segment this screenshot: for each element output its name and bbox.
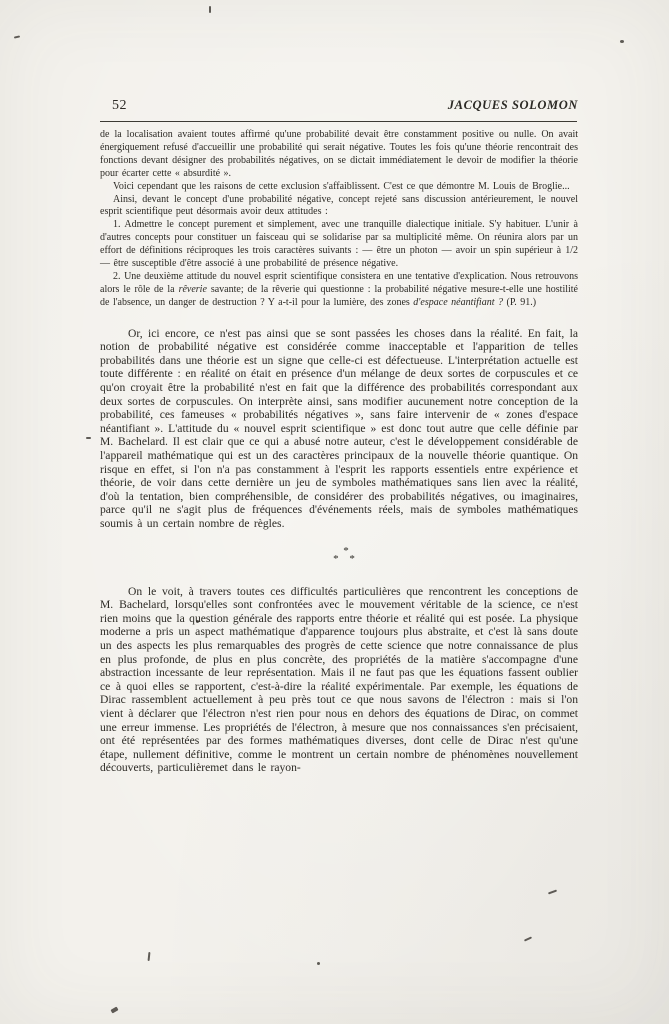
quote-paragraph: Ainsi, devant le concept d'une probabili… [100,194,578,220]
header-rule [100,121,577,122]
scan-speck [86,437,91,439]
page-number: 52 [100,98,127,114]
asterism-bottom: * * [114,555,578,563]
scan-speck [209,6,211,13]
quote-paragraph: 2. Une deuxième attitude du nouvel espri… [100,271,578,310]
book-page: 52 JACQUES SOLOMON de la localisation av… [0,0,669,1024]
body-paragraph: Or, ici encore, ce n'est pas ainsi que s… [100,327,578,531]
quote-text-run: (P. 91.) [503,297,536,308]
scan-speck [317,962,320,965]
scan-speck [620,40,624,43]
page-header: 52 JACQUES SOLOMON [100,98,578,114]
scanned-book-page-bg: { "page": { "number": "52", "running_hea… [0,0,669,1024]
body-paragraph: On le voit, à travers toutes ces difficu… [100,585,578,775]
scan-speck [548,890,557,895]
italic-term: rêverie [179,284,207,295]
scan-speck [110,1007,118,1014]
asterism-separator: * * * [114,547,578,563]
text-block: de la localisation avaient toutes affirm… [100,129,578,775]
quote-paragraph: Voici cependant que les raisons de cette… [100,181,578,194]
quote-paragraph: 1. Admettre le concept purement et simpl… [100,219,578,271]
scan-speck [524,936,532,941]
italic-term: d'espace néantifiant ? [413,297,503,308]
quote-paragraph-continuation: de la localisation avaient toutes affirm… [100,129,578,181]
scan-speck [14,35,20,38]
scan-speck [148,952,151,961]
running-header-author: JACQUES SOLOMON [448,98,578,113]
